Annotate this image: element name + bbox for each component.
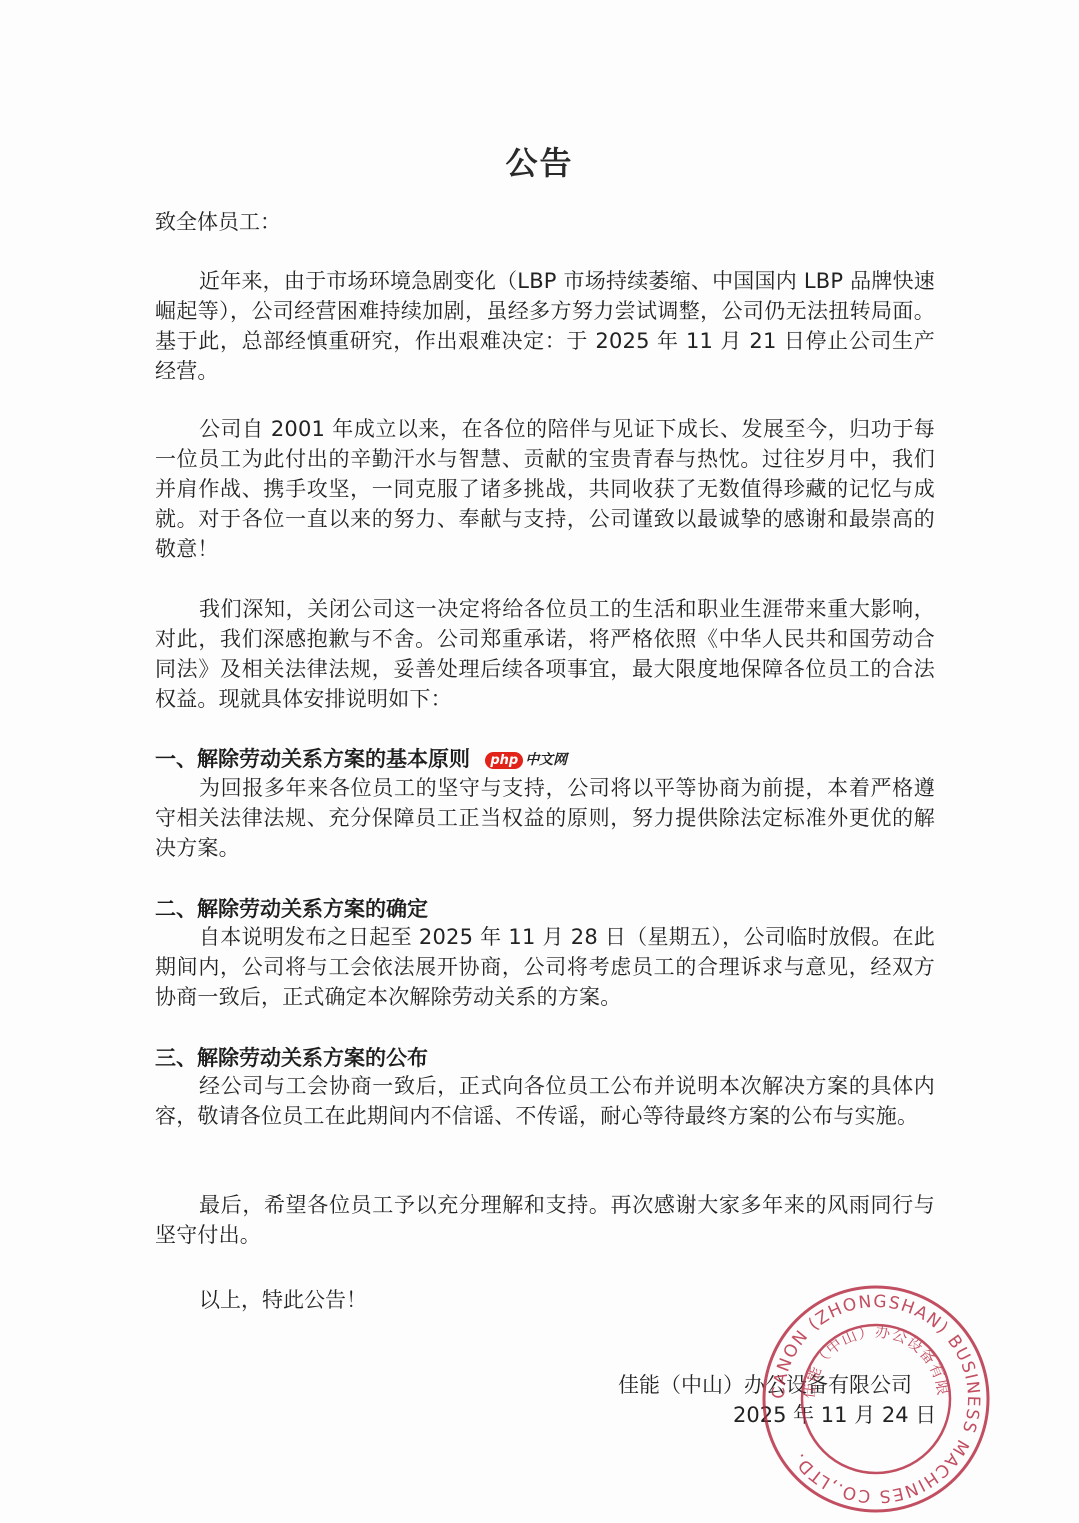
closing-line: 以上，特此公告！ [199, 1285, 367, 1315]
section-1-heading: 一、解除劳动关系方案的基本原则 php 中文网 [155, 744, 567, 775]
paragraph-history: 公司自 2001 年成立以来，在各位的陪伴与见证下成长、发展至今，归功于每一位员… [155, 414, 935, 564]
section-2-heading: 二、解除劳动关系方案的确定 [155, 894, 428, 924]
document-title: 公告 [0, 138, 1079, 184]
php-watermark: php 中文网 [485, 745, 567, 775]
section-1-heading-text: 一、解除劳动关系方案的基本原则 [155, 747, 470, 771]
salutation: 致全体员工： [155, 207, 281, 237]
section-2-body: 自本说明发布之日起至 2025 年 11 月 28 日（星期五），公司临时放假。… [155, 922, 935, 1012]
announcement-page: 公告 致全体员工： 近年来，由于市场环境急剧变化（LBP 市场持续萎缩、中国国内… [0, 0, 1079, 1523]
watermark-text: 中文网 [525, 745, 567, 775]
php-logo-icon: php [485, 752, 523, 769]
paragraph-commitment: 我们深知，关闭公司这一决定将给各位员工的生活和职业生涯带来重大影响，对此，我们深… [155, 594, 935, 714]
paragraph-final: 最后，希望各位员工予以充分理解和支持。再次感谢大家多年来的风雨同行与坚守付出。 [155, 1190, 935, 1250]
section-3-body: 经公司与工会协商一致后，正式向各位员工公布并说明本次解决方案的具体内容，敬请各位… [155, 1071, 935, 1131]
company-seal-stamp-icon: CANON (ZHONGSHAN) BUSINESS MACHINES CO.,… [760, 1283, 992, 1515]
paragraph-intro: 近年来，由于市场环境急剧变化（LBP 市场持续萎缩、中国国内 LBP 品牌快速崛… [155, 266, 935, 386]
section-3-heading: 三、解除劳动关系方案的公布 [155, 1043, 428, 1073]
section-1-body: 为回报多年来各位员工的坚守与支持，公司将以平等协商为前提，本着严格遵守相关法律法… [155, 773, 935, 863]
